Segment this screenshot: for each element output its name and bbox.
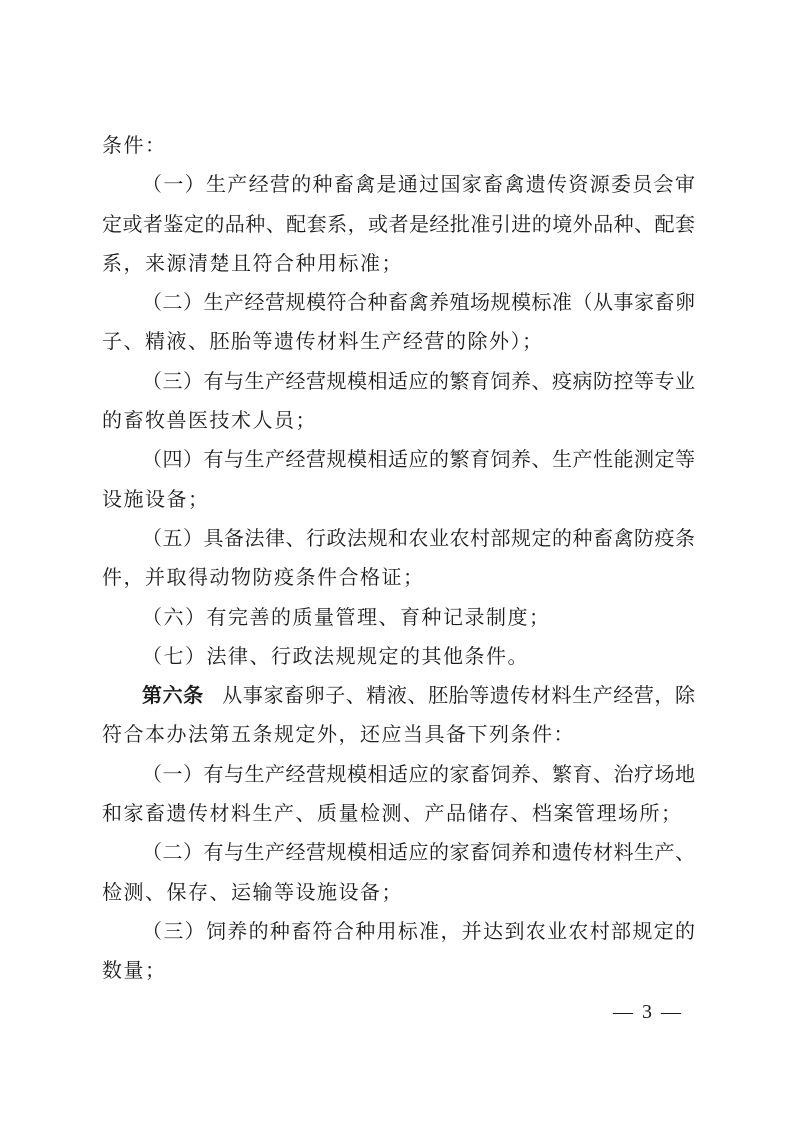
text-line: （七）法律、行政法规规定的其他条件。 (102, 638, 695, 677)
page-number: — 3 — (613, 1001, 683, 1024)
text-line: 定或者鉴定的品种、配套系，或者是经批准引进的境外品种、配套 (102, 206, 695, 245)
text-line: 系，来源清楚且符合种用标准； (102, 245, 695, 284)
text-line: （五）具备法律、行政法规和农业农村部规定的种畜禽防疫条 (102, 520, 695, 559)
text-line: 符合本办法第五条规定外，还应当具备下列条件： (102, 716, 695, 755)
text-line: 第六条从事家畜卵子、精液、胚胎等遗传材料生产经营，除 (102, 677, 695, 716)
text-line: （四）有与生产经营规模相适应的繁育饲养、生产性能测定等 (102, 441, 695, 480)
text-line: （三）饲养的种畜符合种用标准，并达到农业农村部规定的 (102, 913, 695, 952)
text-line: 子、精液、胚胎等遗传材料生产经营的除外）； (102, 323, 695, 362)
text-line: 设施设备； (102, 481, 695, 520)
text-line: 和家畜遗传材料生产、质量检测、产品储存、档案管理场所； (102, 795, 695, 834)
text-line: （六）有完善的质量管理、育种记录制度； (102, 599, 695, 638)
text-line: 检测、保存、运输等设施设备； (102, 874, 695, 913)
text-line: 数量； (102, 952, 695, 991)
document-body: 条件：（一）生产经营的种畜禽是通过国家畜禽遗传资源委员会审定或者鉴定的品种、配套… (102, 127, 695, 992)
article-number-label: 第六条 (142, 685, 204, 707)
text-line: （一）生产经营的种畜禽是通过国家畜禽遗传资源委员会审 (102, 166, 695, 205)
text-line: 条件： (102, 127, 695, 166)
text-line: 件，并取得动物防疫条件合格证； (102, 559, 695, 598)
text-line: （二）生产经营规模符合种畜禽养殖场规模标准（从事家畜卵 (102, 284, 695, 323)
text-line: 的畜牧兽医技术人员； (102, 402, 695, 441)
text-line: （一）有与生产经营规模相适应的家畜饲养、繁育、治疗场地 (102, 756, 695, 795)
text-line: （二）有与生产经营规模相适应的家畜饲养和遗传材料生产、 (102, 834, 695, 873)
text-line: （三）有与生产经营规模相适应的繁育饲养、疫病防控等专业 (102, 363, 695, 402)
document-page: 条件：（一）生产经营的种畜禽是通过国家畜禽遗传资源委员会审定或者鉴定的品种、配套… (0, 0, 794, 1123)
